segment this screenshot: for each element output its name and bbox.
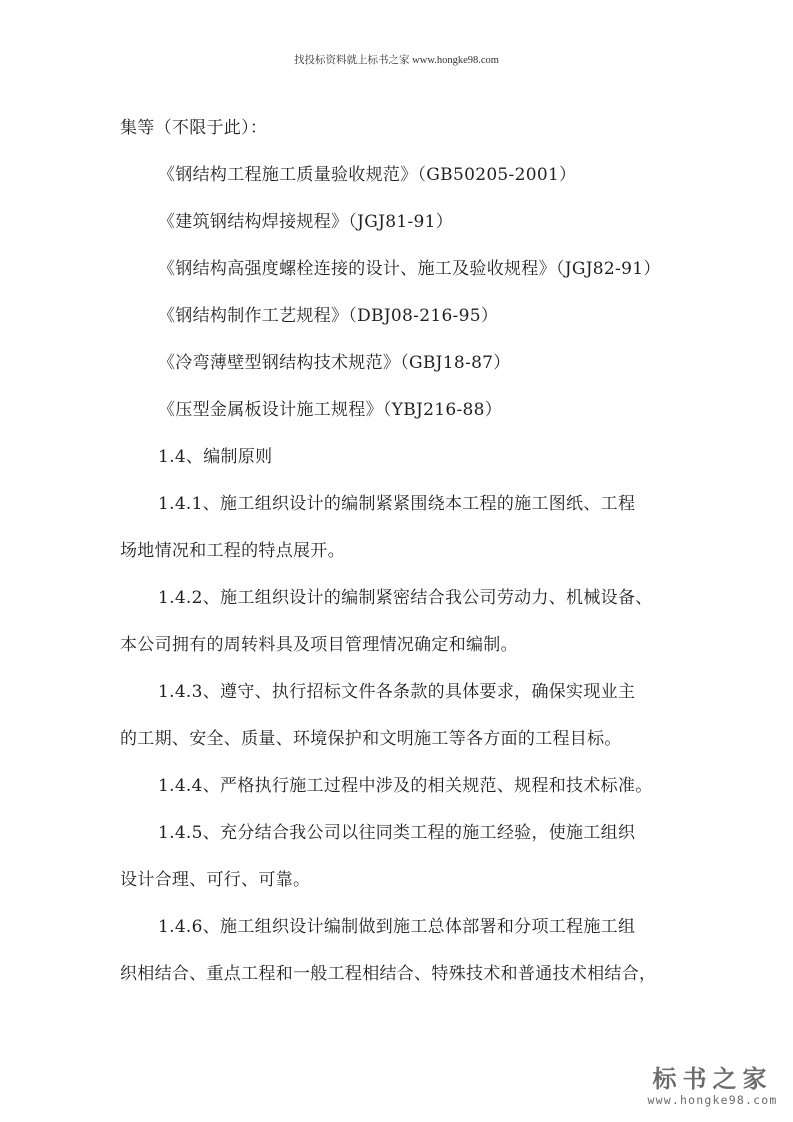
standard-item: 《钢结构工程施工质量验收规范》（GB50205-2001） [158, 164, 576, 186]
paragraph-line: 1.4.2、施工组织设计的编制紧密结合我公司劳动力、机械设备、 [158, 587, 653, 609]
paragraph-line: 1.4.1、施工组织设计的编制紧紧围绕本工程的施工图纸、工程 [158, 493, 635, 515]
section-heading: 1.4、编制原则 [158, 446, 272, 468]
logo-url: www.hongke98.com [640, 1093, 785, 1107]
paragraph-line: 织相结合、重点工程和一般工程相结合、特殊技术和普通技术相结合， [120, 963, 656, 985]
standard-item: 《压型金属板设计施工规程》（YBJ216-88） [158, 399, 502, 421]
paragraph-line: 设计合理、可行、可靠。 [120, 869, 310, 891]
brand-logo: 标书之家 www.hongke98.com [640, 1065, 785, 1107]
paragraph-line: 的工期、安全、质量、环境保护和文明施工等各方面的工程目标。 [120, 728, 622, 750]
paragraph-line: 1.4.6、施工组织设计编制做到施工总体部署和分项工程施工组 [158, 916, 635, 938]
standard-item: 《冷弯薄壁型钢结构技术规范》（GBJ18-87） [158, 352, 511, 374]
standard-item: 《钢结构高强度螺栓连接的设计、施工及验收规程》（JGJ82-91） [158, 258, 661, 280]
paragraph-line: 1.4.5、充分结合我公司以往同类工程的施工经验，使施工组织 [158, 822, 635, 844]
standard-item: 《建筑钢结构焊接规程》（JGJ81-91） [158, 211, 453, 233]
logo-text: 标书之家 [640, 1065, 785, 1093]
paragraph-line: 本公司拥有的周转料具及项目管理情况确定和编制。 [120, 634, 518, 656]
standard-item: 《钢结构制作工艺规程》（DBJ08-216-95） [158, 305, 498, 327]
paragraph-line: 1.4.3、遵守、执行招标文件各条款的具体要求，确保实现业主 [158, 681, 635, 703]
page-header-watermark: 找投标资料就上标书之家 www.hongke98.com [0, 52, 793, 67]
text-line: 集等（不限于此）： [120, 117, 267, 139]
paragraph-line: 1.4.4、严格执行施工过程中涉及的相关规范、规程和技术标准。 [158, 775, 653, 797]
paragraph-line: 场地情况和工程的特点展开。 [120, 540, 345, 562]
